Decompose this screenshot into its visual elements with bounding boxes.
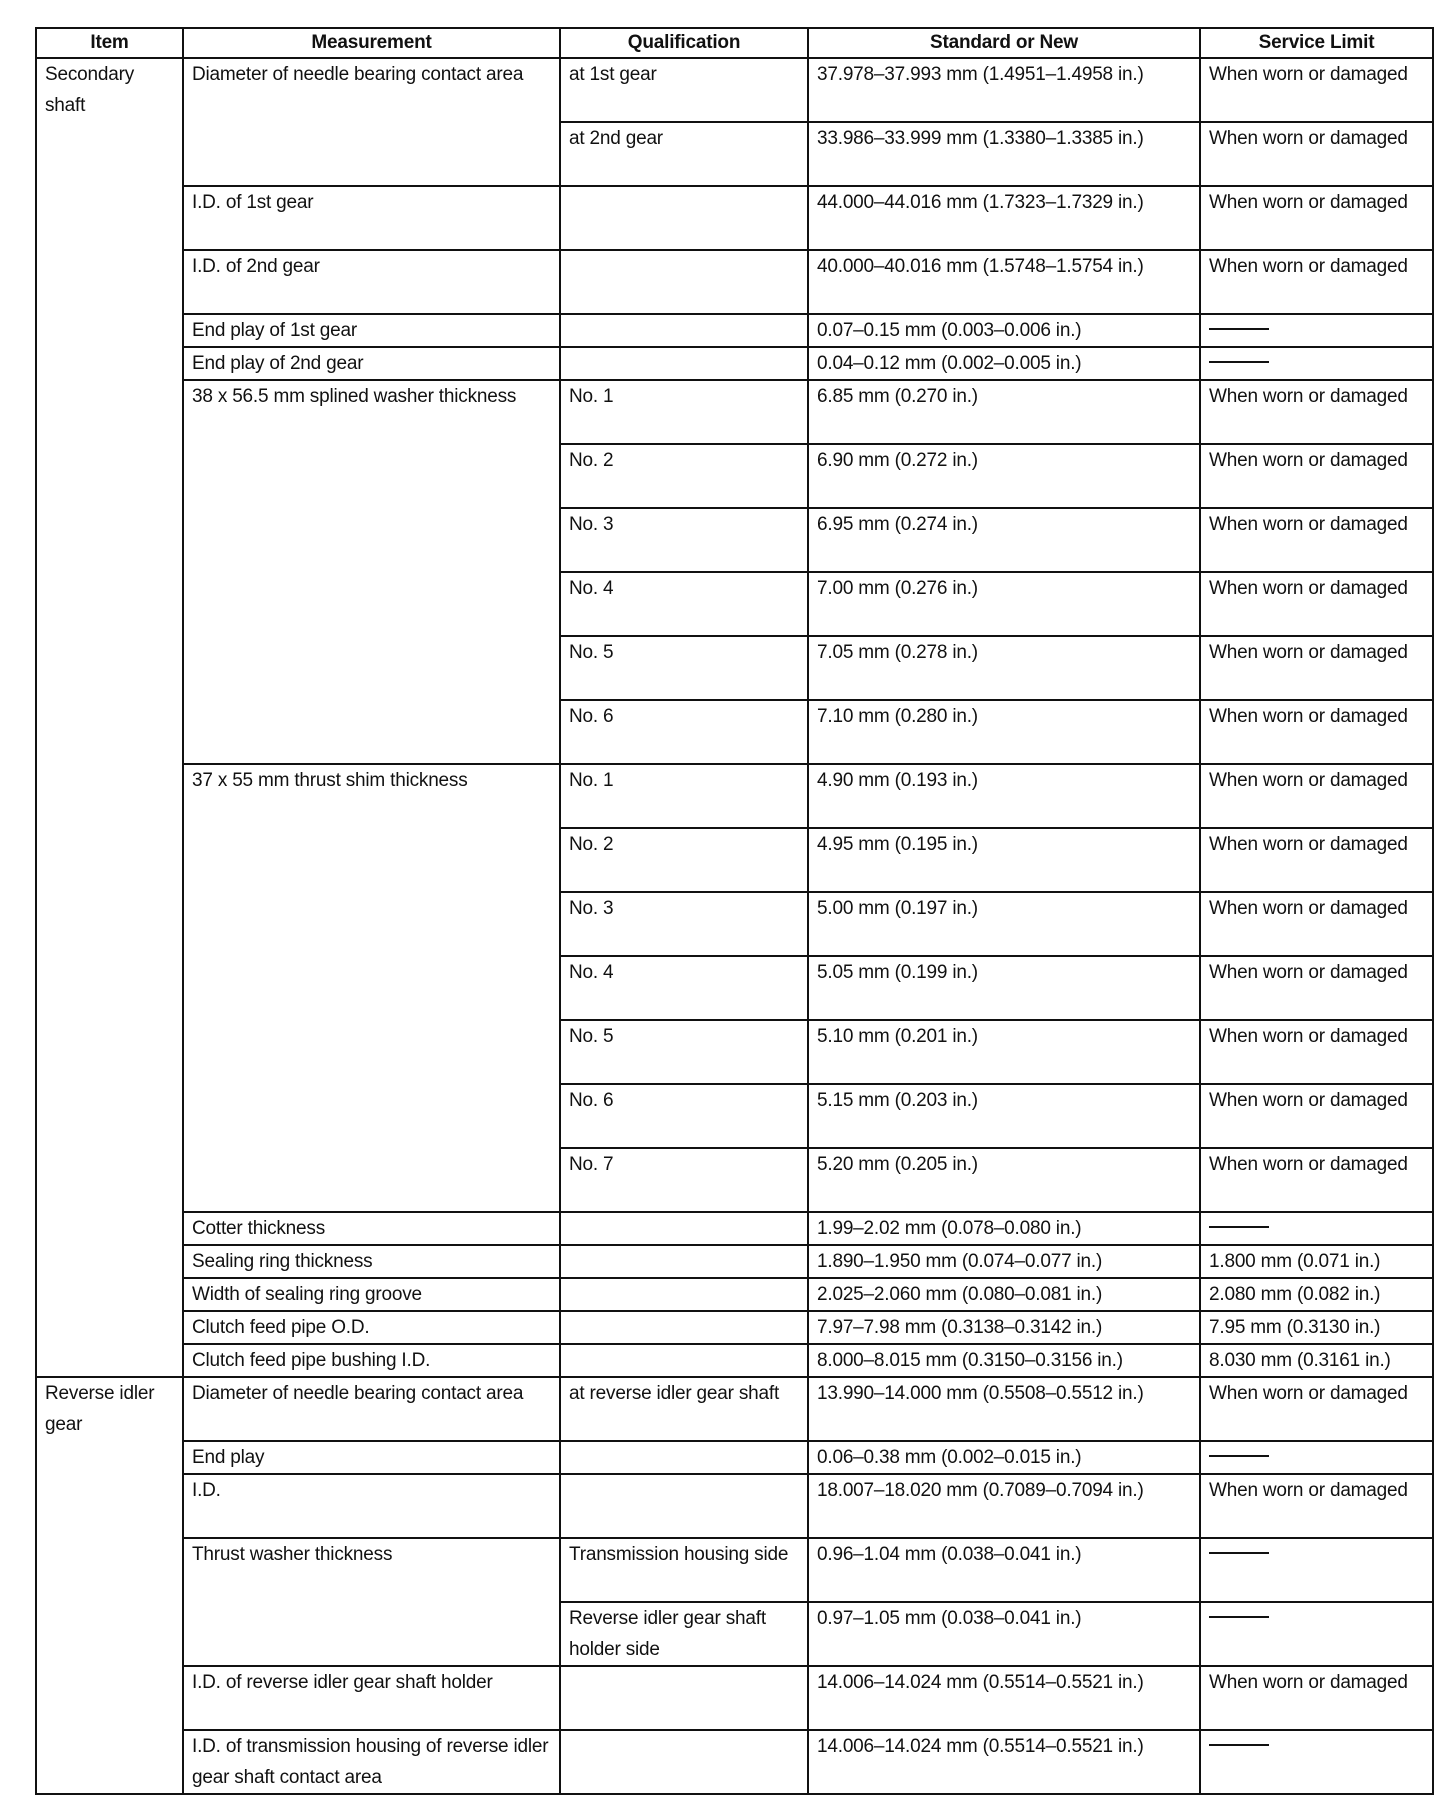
- standard-cell: 37.978–37.993 mm (1.4951–1.4958 in.): [808, 58, 1200, 122]
- table-row: Clutch feed pipe bushing I.D.8.000–8.015…: [36, 1344, 1433, 1377]
- measurement-cell: Cotter thickness: [183, 1212, 560, 1245]
- service-limit-cell: When worn or damaged: [1200, 764, 1433, 828]
- service-limit-cell: When worn or damaged: [1200, 1474, 1433, 1538]
- qualification-cell: [560, 314, 808, 347]
- measurement-cell: Diameter of needle bearing contact area: [183, 58, 560, 186]
- standard-cell: 6.90 mm (0.272 in.): [808, 444, 1200, 508]
- qualification-cell: [560, 1666, 808, 1730]
- service-limit-cell: When worn or damaged: [1200, 956, 1433, 1020]
- table-row: Width of sealing ring groove2.025–2.060 …: [36, 1278, 1433, 1311]
- standard-cell: 0.06–0.38 mm (0.002–0.015 in.): [808, 1441, 1200, 1474]
- table-row: I.D. of 2nd gear40.000–40.016 mm (1.5748…: [36, 250, 1433, 314]
- not-applicable-dash: [1209, 328, 1269, 330]
- service-limit-cell: 7.95 mm (0.3130 in.): [1200, 1311, 1433, 1344]
- qualification-cell: No. 2: [560, 828, 808, 892]
- measurement-cell: 37 x 55 mm thrust shim thickness: [183, 764, 560, 1212]
- standard-cell: 40.000–40.016 mm (1.5748–1.5754 in.): [808, 250, 1200, 314]
- qualification-cell: at 2nd gear: [560, 122, 808, 186]
- standard-cell: 6.95 mm (0.274 in.): [808, 508, 1200, 572]
- qualification-cell: [560, 1278, 808, 1311]
- standard-cell: 7.05 mm (0.278 in.): [808, 636, 1200, 700]
- measurement-cell: I.D. of 2nd gear: [183, 250, 560, 314]
- qualification-cell: at 1st gear: [560, 58, 808, 122]
- measurement-cell: I.D.: [183, 1474, 560, 1538]
- service-limit-cell: When worn or damaged: [1200, 1148, 1433, 1212]
- measurement-cell: I.D. of transmission housing of reverse …: [183, 1730, 560, 1794]
- qualification-cell: No. 5: [560, 1020, 808, 1084]
- table-row: Thrust washer thicknessTransmission hous…: [36, 1538, 1433, 1602]
- standard-cell: 7.00 mm (0.276 in.): [808, 572, 1200, 636]
- qualification-cell: [560, 1441, 808, 1474]
- table-row: Reverse idler gearDiameter of needle bea…: [36, 1377, 1433, 1441]
- service-limit-cell: [1200, 347, 1433, 380]
- qualification-cell: [560, 1311, 808, 1344]
- measurement-cell: End play of 2nd gear: [183, 347, 560, 380]
- qualification-cell: at reverse idler gear shaft: [560, 1377, 808, 1441]
- item-cell: Secondary shaft: [36, 58, 183, 1377]
- table-row: End play0.06–0.38 mm (0.002–0.015 in.): [36, 1441, 1433, 1474]
- qualification-cell: No. 4: [560, 956, 808, 1020]
- qualification-cell: [560, 250, 808, 314]
- measurement-cell: I.D. of reverse idler gear shaft holder: [183, 1666, 560, 1730]
- service-limit-cell: [1200, 1441, 1433, 1474]
- header-item: Item: [36, 28, 183, 58]
- standard-cell: 8.000–8.015 mm (0.3150–0.3156 in.): [808, 1344, 1200, 1377]
- header-row: Item Measurement Qualification Standard …: [36, 28, 1433, 58]
- header-qualification: Qualification: [560, 28, 808, 58]
- standard-cell: 1.99–2.02 mm (0.078–0.080 in.): [808, 1212, 1200, 1245]
- standard-cell: 7.97–7.98 mm (0.3138–0.3142 in.): [808, 1311, 1200, 1344]
- table-row: End play of 1st gear0.07–0.15 mm (0.003–…: [36, 314, 1433, 347]
- table-row: 37 x 55 mm thrust shim thicknessNo. 14.9…: [36, 764, 1433, 828]
- service-limit-cell: [1200, 314, 1433, 347]
- standard-cell: 0.07–0.15 mm (0.003–0.006 in.): [808, 314, 1200, 347]
- table-row: Cotter thickness1.99–2.02 mm (0.078–0.08…: [36, 1212, 1433, 1245]
- measurement-cell: Sealing ring thickness: [183, 1245, 560, 1278]
- standard-cell: 5.20 mm (0.205 in.): [808, 1148, 1200, 1212]
- standard-cell: 44.000–44.016 mm (1.7323–1.7329 in.): [808, 186, 1200, 250]
- qualification-cell: Reverse idler gear shaft holder side: [560, 1602, 808, 1666]
- service-limit-cell: When worn or damaged: [1200, 444, 1433, 508]
- header-service-limit: Service Limit: [1200, 28, 1433, 58]
- standard-cell: 13.990–14.000 mm (0.5508–0.5512 in.): [808, 1377, 1200, 1441]
- service-limit-cell: 8.030 mm (0.3161 in.): [1200, 1344, 1433, 1377]
- service-limit-cell: When worn or damaged: [1200, 700, 1433, 764]
- service-limit-cell: [1200, 1602, 1433, 1666]
- service-limit-cell: When worn or damaged: [1200, 828, 1433, 892]
- service-limit-cell: When worn or damaged: [1200, 572, 1433, 636]
- table-row: Secondary shaftDiameter of needle bearin…: [36, 58, 1433, 122]
- not-applicable-dash: [1209, 1744, 1269, 1746]
- measurement-cell: End play of 1st gear: [183, 314, 560, 347]
- service-limit-cell: When worn or damaged: [1200, 1020, 1433, 1084]
- table-body: Secondary shaftDiameter of needle bearin…: [36, 58, 1433, 1794]
- standard-cell: 33.986–33.999 mm (1.3380–1.3385 in.): [808, 122, 1200, 186]
- qualification-cell: [560, 1245, 808, 1278]
- qualification-cell: No. 7: [560, 1148, 808, 1212]
- header-measurement: Measurement: [183, 28, 560, 58]
- standard-cell: 0.97–1.05 mm (0.038–0.041 in.): [808, 1602, 1200, 1666]
- service-limit-cell: [1200, 1212, 1433, 1245]
- standard-cell: 4.95 mm (0.195 in.): [808, 828, 1200, 892]
- service-limit-cell: When worn or damaged: [1200, 186, 1433, 250]
- standard-cell: 5.10 mm (0.201 in.): [808, 1020, 1200, 1084]
- service-limit-cell: 2.080 mm (0.082 in.): [1200, 1278, 1433, 1311]
- qualification-cell: [560, 1730, 808, 1794]
- standard-cell: 0.96–1.04 mm (0.038–0.041 in.): [808, 1538, 1200, 1602]
- qualification-cell: [560, 347, 808, 380]
- measurement-cell: End play: [183, 1441, 560, 1474]
- qualification-cell: [560, 1344, 808, 1377]
- service-limit-cell: When worn or damaged: [1200, 380, 1433, 444]
- qualification-cell: No. 3: [560, 508, 808, 572]
- item-cell: Reverse idler gear: [36, 1377, 183, 1794]
- table-row: Clutch feed pipe O.D.7.97–7.98 mm (0.313…: [36, 1311, 1433, 1344]
- qualification-cell: No. 1: [560, 764, 808, 828]
- standard-cell: 0.04–0.12 mm (0.002–0.005 in.): [808, 347, 1200, 380]
- table-row: I.D. of transmission housing of reverse …: [36, 1730, 1433, 1794]
- service-limit-cell: When worn or damaged: [1200, 1377, 1433, 1441]
- service-limit-cell: When worn or damaged: [1200, 250, 1433, 314]
- qualification-cell: [560, 186, 808, 250]
- measurement-cell: Clutch feed pipe bushing I.D.: [183, 1344, 560, 1377]
- service-limit-cell: When worn or damaged: [1200, 1084, 1433, 1148]
- service-limit-cell: [1200, 1538, 1433, 1602]
- table-row: End play of 2nd gear0.04–0.12 mm (0.002–…: [36, 347, 1433, 380]
- qualification-cell: [560, 1212, 808, 1245]
- measurement-cell: 38 x 56.5 mm splined washer thickness: [183, 380, 560, 764]
- measurement-cell: Diameter of needle bearing contact area: [183, 1377, 560, 1441]
- service-limit-cell: When worn or damaged: [1200, 1666, 1433, 1730]
- standard-cell: 14.006–14.024 mm (0.5514–0.5521 in.): [808, 1730, 1200, 1794]
- measurement-cell: Thrust washer thickness: [183, 1538, 560, 1666]
- qualification-cell: No. 6: [560, 1084, 808, 1148]
- not-applicable-dash: [1209, 1552, 1269, 1554]
- measurement-cell: I.D. of 1st gear: [183, 186, 560, 250]
- service-limit-cell: When worn or damaged: [1200, 508, 1433, 572]
- table-row: 38 x 56.5 mm splined washer thicknessNo.…: [36, 380, 1433, 444]
- service-limit-cell: When worn or damaged: [1200, 58, 1433, 122]
- table-row: Sealing ring thickness1.890–1.950 mm (0.…: [36, 1245, 1433, 1278]
- standard-cell: 14.006–14.024 mm (0.5514–0.5521 in.): [808, 1666, 1200, 1730]
- qualification-cell: No. 4: [560, 572, 808, 636]
- standard-cell: 2.025–2.060 mm (0.080–0.081 in.): [808, 1278, 1200, 1311]
- standard-cell: 5.05 mm (0.199 in.): [808, 956, 1200, 1020]
- qualification-cell: No. 5: [560, 636, 808, 700]
- measurement-cell: Clutch feed pipe O.D.: [183, 1311, 560, 1344]
- standard-cell: 4.90 mm (0.193 in.): [808, 764, 1200, 828]
- qualification-cell: No. 3: [560, 892, 808, 956]
- not-applicable-dash: [1209, 1616, 1269, 1618]
- standard-cell: 5.00 mm (0.197 in.): [808, 892, 1200, 956]
- standard-cell: 5.15 mm (0.203 in.): [808, 1084, 1200, 1148]
- table-row: I.D. of reverse idler gear shaft holder1…: [36, 1666, 1433, 1730]
- measurement-cell: Width of sealing ring groove: [183, 1278, 560, 1311]
- service-spec-table: Item Measurement Qualification Standard …: [35, 27, 1434, 1795]
- qualification-cell: No. 6: [560, 700, 808, 764]
- standard-cell: 6.85 mm (0.270 in.): [808, 380, 1200, 444]
- qualification-cell: Transmission housing side: [560, 1538, 808, 1602]
- not-applicable-dash: [1209, 361, 1269, 363]
- standard-cell: 1.890–1.950 mm (0.074–0.077 in.): [808, 1245, 1200, 1278]
- service-limit-cell: [1200, 1730, 1433, 1794]
- table-row: I.D.18.007–18.020 mm (0.7089–0.7094 in.)…: [36, 1474, 1433, 1538]
- standard-cell: 7.10 mm (0.280 in.): [808, 700, 1200, 764]
- header-standard: Standard or New: [808, 28, 1200, 58]
- qualification-cell: No. 1: [560, 380, 808, 444]
- not-applicable-dash: [1209, 1226, 1269, 1228]
- service-limit-cell: When worn or damaged: [1200, 892, 1433, 956]
- not-applicable-dash: [1209, 1455, 1269, 1457]
- service-limit-cell: 1.800 mm (0.071 in.): [1200, 1245, 1433, 1278]
- service-limit-cell: When worn or damaged: [1200, 122, 1433, 186]
- table-row: I.D. of 1st gear44.000–44.016 mm (1.7323…: [36, 186, 1433, 250]
- service-limit-cell: When worn or damaged: [1200, 636, 1433, 700]
- qualification-cell: [560, 1474, 808, 1538]
- standard-cell: 18.007–18.020 mm (0.7089–0.7094 in.): [808, 1474, 1200, 1538]
- qualification-cell: No. 2: [560, 444, 808, 508]
